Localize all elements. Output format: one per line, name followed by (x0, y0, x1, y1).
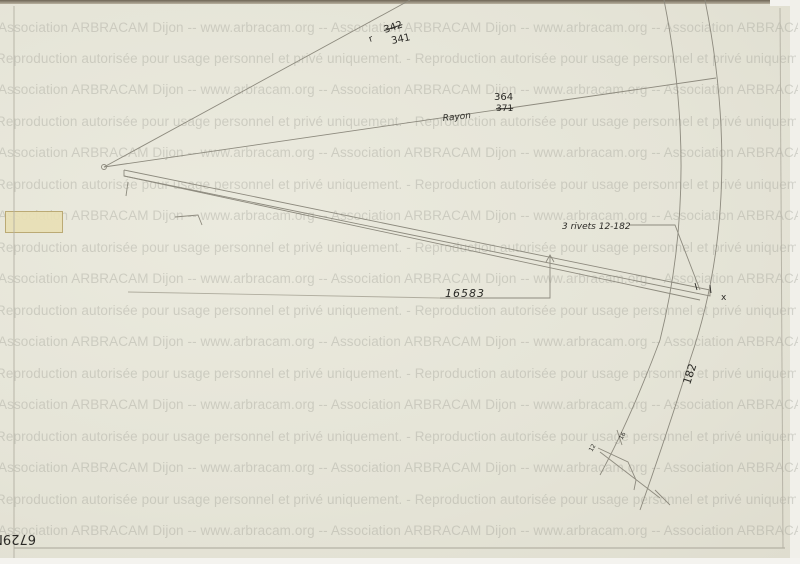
arc-dimension: 182 (680, 362, 699, 386)
radius-line-rayon (104, 78, 716, 167)
radius-value: 341 (390, 32, 411, 47)
small-dimension-left: 12 (588, 443, 598, 453)
sheet-number: 6729N (0, 531, 36, 546)
small-dimension-right: 16 (618, 431, 628, 441)
svg-text:x: x (721, 293, 727, 303)
radius-line-top (104, 0, 410, 167)
length-dimension: 16583 (445, 287, 485, 300)
arc-outer (640, 0, 722, 510)
bolt-note: 3 rivets 12-182 (562, 222, 631, 232)
rayon-struck: 371 (496, 104, 513, 114)
beam-outline (124, 170, 710, 296)
technical-drawing: x r 342 341 Rayon 364 371 3 rivets 12-18… (0, 0, 800, 564)
rayon-value: 364 (494, 92, 513, 103)
rayon-label: Rayon (442, 111, 471, 124)
arc-inner (600, 0, 681, 475)
radius-prefix: r (368, 34, 375, 45)
